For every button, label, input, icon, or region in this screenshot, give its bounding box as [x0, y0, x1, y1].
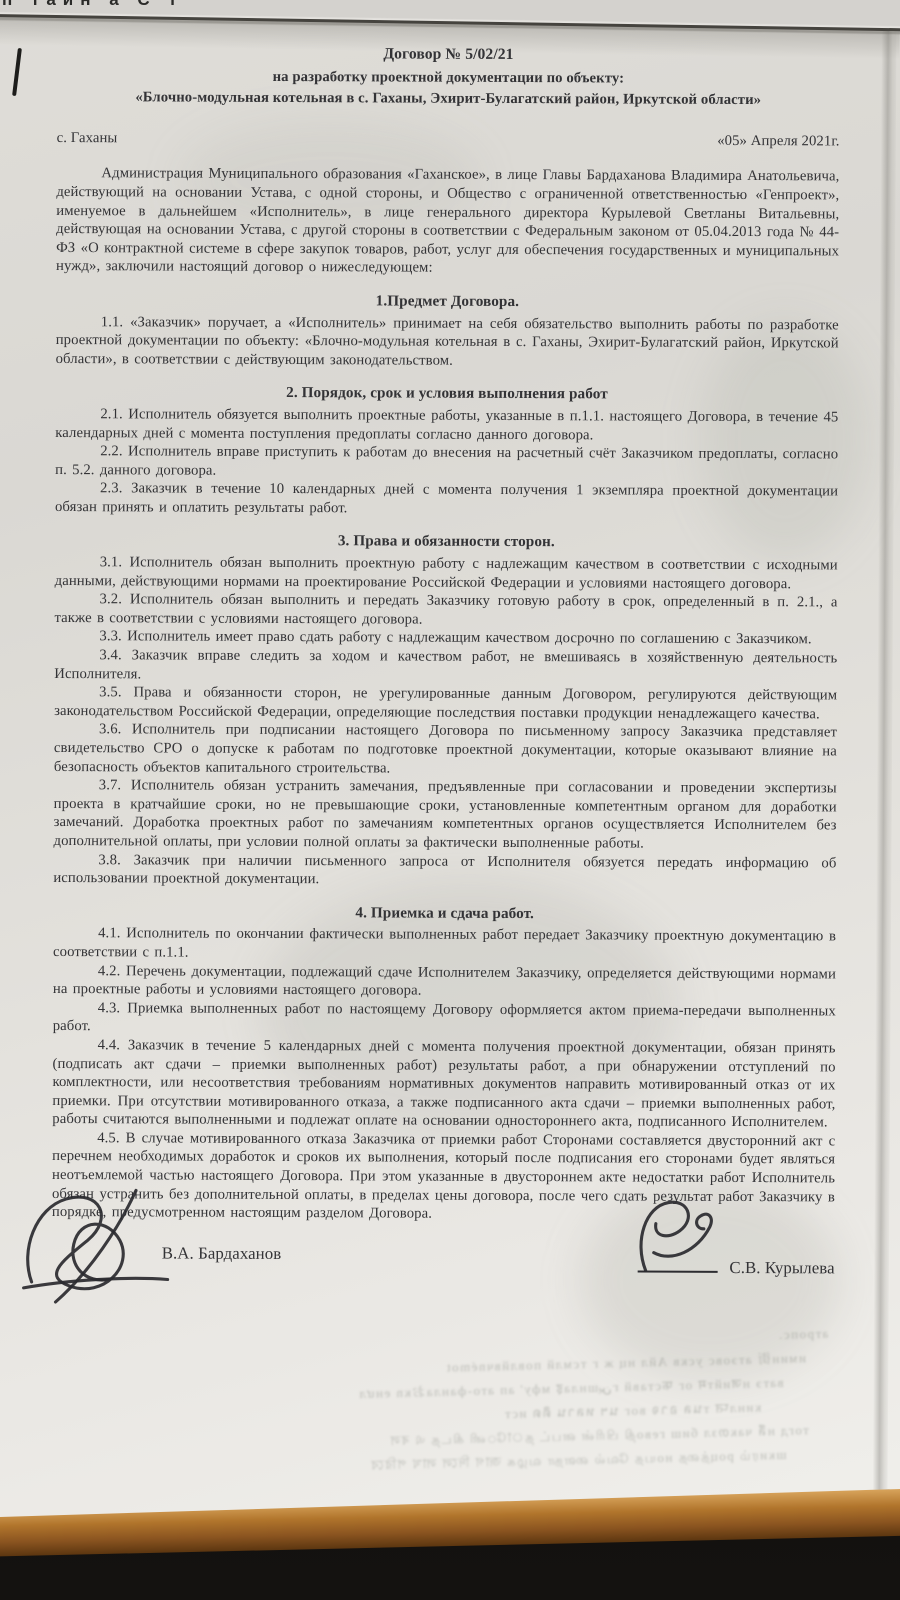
page-fold-shadow [872, 20, 896, 1505]
contract-paragraph: 3.4. Заказчик вправе следить за ходом и … [54, 646, 837, 687]
contract-object-line: «Блочно-модульная котельная в с. Гаханы,… [57, 88, 840, 110]
contract-paragraph: 2.2. Исполнитель вправе приступить к раб… [55, 442, 838, 483]
contract-place: с. Гаханы [57, 129, 118, 148]
pen-mark [12, 48, 22, 96]
contract-title: Договор № 5/02/21 [57, 44, 840, 66]
contract-date: «05» Апреля 2021г. [717, 132, 839, 151]
contract-paragraph: 1.1. «Заказчик» поручает, а «Исполнитель… [56, 313, 839, 372]
section-heading: 2. Порядок, срок и условия выполнения ра… [55, 383, 838, 405]
contract-preamble: Администрация Муниципального образования… [56, 164, 839, 279]
contract-content: Договор № 5/02/21 на разработку проектно… [51, 44, 840, 1325]
cut-off-text-fragment: п тайн а С т [2, 0, 184, 8]
contract-paragraph: 3.7. Исполнитель обязан устранить замеча… [53, 776, 836, 854]
contractor-signature-stroke [623, 1190, 735, 1284]
contract-paragraph: 3.1. Исполнитель обязан выполнить проект… [55, 553, 838, 594]
contractor-signature: С.В. Курылева [637, 1256, 834, 1278]
contract-paragraph: 3.6. Исполнитель при подписании настояще… [54, 720, 837, 779]
signature-block: В.А. Бардаханов С.В. Курылева [51, 1228, 834, 1325]
contract-paragraph: 4.1. Исполнитель по окончании фактически… [53, 924, 836, 965]
photo-scene: п тайн а С т атропс.имин街 атэовс ускв Ай… [0, 0, 900, 1600]
contract-paragraph: 4.3. Приемка выполненных работ по настоя… [53, 999, 836, 1040]
section-heading: 4. Приемка и сдача работ. [53, 903, 836, 925]
bleed-through-text: атропс.имин街 атэовс ускв Айл нц ж г тсмл… [38, 1322, 831, 1487]
contract-paragraph: 3.8. Заказчик при наличии письменного за… [53, 851, 836, 892]
contract-paragraph: 3.5. Права и обязанности сторон, не урег… [54, 683, 837, 724]
customer-name: В.А. Бардаханов [162, 1244, 282, 1263]
section-heading: 3. Права и обязанности сторон. [55, 531, 838, 553]
section-heading: 1.Предмет Договора. [56, 291, 839, 313]
contract-paragraph: 3.2. Исполнитель обязан выполнить и пере… [54, 590, 837, 631]
place-date-row: с. Гаханы «05» Апреля 2021г. [57, 129, 840, 151]
contractor-name: С.В. Курылева [729, 1258, 834, 1277]
contract-paragraph: 2.3. Заказчик в течение 10 календарных д… [55, 479, 838, 520]
contract-subtitle: на разработку проектной документации по … [57, 67, 840, 89]
contract-paragraph: 4.4. Заказчик в течение 5 календарных дн… [52, 1036, 835, 1132]
contract-paragraph: 4.2. Перечень документации, подлежащий с… [53, 962, 836, 1003]
contract-page: атропс.имин街 атэовс ускв Айл нц ж г тсмл… [0, 0, 900, 1526]
contract-paragraph: 2.1. Исполнитель обязуется выполнить про… [55, 405, 838, 446]
contract-sections: 1.Предмет Договора.1.1. «Заказчик» поруч… [52, 291, 839, 1225]
